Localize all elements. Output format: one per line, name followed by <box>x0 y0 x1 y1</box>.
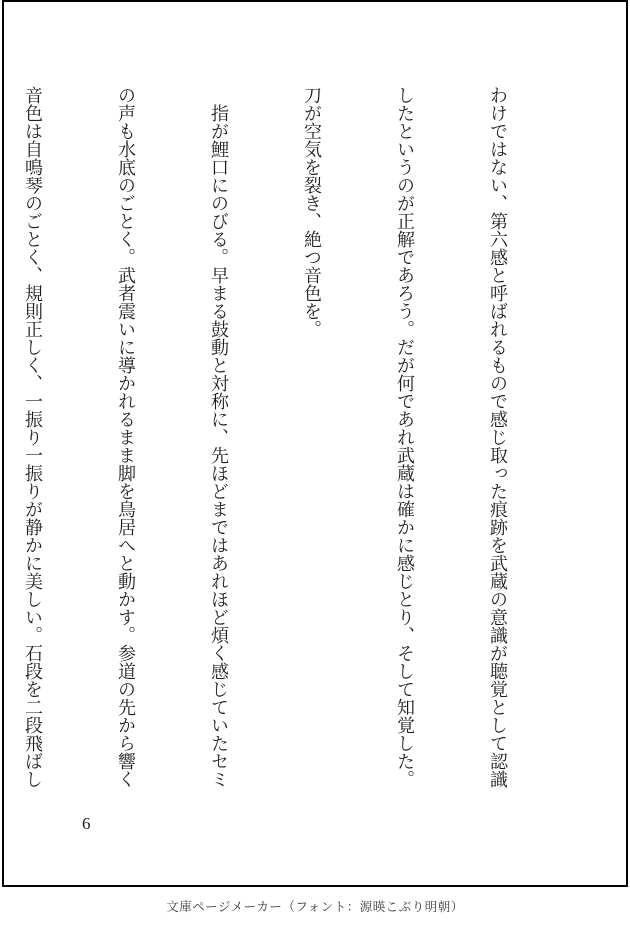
footer-credit: 文庫ページメーカー（フォント：源暎こぶり明朝） <box>0 897 630 915</box>
text-line: の声も水底のごとく。武者震いに導かれるまま脚を鳥居へと動かす。参道の先から響く <box>110 86 141 790</box>
text-line: わけではない、第六感と呼ばれるもので感じ取った痕跡を武蔵の意識が聴覚として認識 <box>482 86 513 790</box>
text-line: したというのが正解であろう。だが何であれ武蔵は確かに感じとり、そして知覚した。 <box>389 86 420 790</box>
book-page-frame: わけではない、第六感と呼ばれるもので感じ取った痕跡を武蔵の意識が聴覚として認識 … <box>2 0 628 887</box>
text-line: 指が鯉口にのびる。早まる鼓動と対称に、先ほどまではあれほど煩く感じていたセミ <box>203 86 234 790</box>
screenshot-stage: わけではない、第六感と呼ばれるもので感じ取った痕跡を武蔵の意識が聴覚として認識 … <box>0 0 630 928</box>
text-line: 音色は自鳴琴のごとく、規則正しく、一振り一振りが静かに美しい。石段を二段飛ばし <box>17 86 48 790</box>
text-line: 刀が空気を裂き、絶つ音色を。 <box>296 86 327 790</box>
vertical-text-block: わけではない、第六感と呼ばれるもので感じ取った痕跡を武蔵の意識が聴覚として認識 … <box>0 86 575 790</box>
page-number: 6 <box>82 814 91 834</box>
